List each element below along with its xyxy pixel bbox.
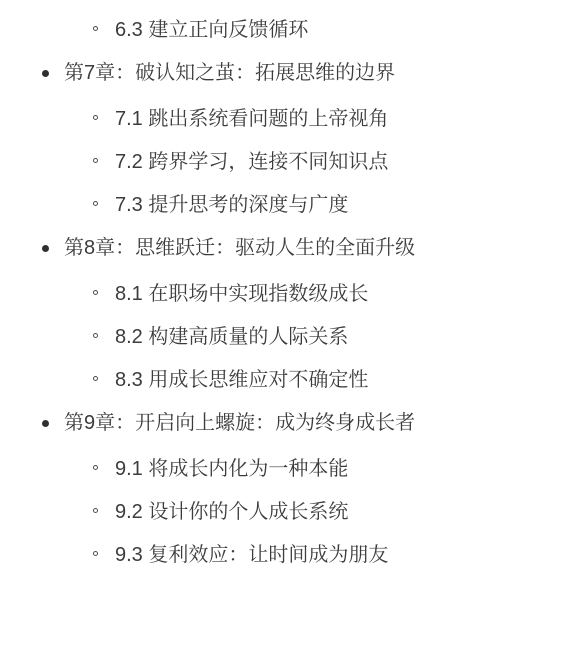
circle-bullet-icon	[93, 551, 98, 556]
disc-bullet-icon	[42, 245, 49, 252]
section-label: 7.1 跳出系统看问题的上帝视角	[115, 104, 388, 134]
chapter-label: 第9章：开启向上螺旋：成为终身成长者	[64, 408, 415, 438]
section-label: 7.2 跨界学习，连接不同知识点	[115, 147, 388, 177]
toc-section-item: 8.3 用成长思维应对不确定性	[0, 365, 569, 395]
toc-section-item: 9.1 将成长内化为一种本能	[0, 454, 569, 484]
circle-bullet-icon	[93, 115, 98, 120]
section-label: 8.1 在职场中实现指数级成长	[115, 279, 368, 309]
section-label: 9.1 将成长内化为一种本能	[115, 454, 348, 484]
chapter-label: 第7章：破认知之茧：拓展思维的边界	[64, 58, 395, 88]
circle-bullet-icon	[93, 465, 98, 470]
toc-section-item: 7.2 跨界学习，连接不同知识点	[0, 147, 569, 177]
disc-bullet-icon	[42, 420, 49, 427]
section-label: 7.3 提升思考的深度与广度	[115, 190, 348, 220]
document-outline: 6.3 建立正向反馈循环 第7章：破认知之茧：拓展思维的边界 7.1 跳出系统看…	[0, 15, 569, 570]
toc-chapter-item: 第7章：破认知之茧：拓展思维的边界	[0, 58, 569, 88]
toc-section-item: 9.2 设计你的个人成长系统	[0, 497, 569, 527]
section-label: 8.3 用成长思维应对不确定性	[115, 365, 368, 395]
circle-bullet-icon	[93, 376, 98, 381]
toc-section-item: 8.2 构建高质量的人际关系	[0, 322, 569, 352]
toc-section-item: 6.3 建立正向反馈循环	[0, 15, 569, 45]
toc-chapter-item: 第8章：思维跃迁：驱动人生的全面升级	[0, 233, 569, 263]
circle-bullet-icon	[93, 158, 98, 163]
toc-chapter-item: 第9章：开启向上螺旋：成为终身成长者	[0, 408, 569, 438]
section-label: 9.2 设计你的个人成长系统	[115, 497, 348, 527]
circle-bullet-icon	[93, 26, 98, 31]
section-label: 9.3 复利效应：让时间成为朋友	[115, 540, 388, 570]
circle-bullet-icon	[93, 201, 98, 206]
toc-section-item: 7.1 跳出系统看问题的上帝视角	[0, 104, 569, 134]
toc-section-item: 7.3 提升思考的深度与广度	[0, 190, 569, 220]
chapter-label: 第8章：思维跃迁：驱动人生的全面升级	[64, 233, 415, 263]
circle-bullet-icon	[93, 290, 98, 295]
section-label: 6.3 建立正向反馈循环	[115, 15, 308, 45]
circle-bullet-icon	[93, 508, 98, 513]
circle-bullet-icon	[93, 333, 98, 338]
toc-section-item: 8.1 在职场中实现指数级成长	[0, 279, 569, 309]
toc-section-item: 9.3 复利效应：让时间成为朋友	[0, 540, 569, 570]
document-page: 6.3 建立正向反馈循环 第7章：破认知之茧：拓展思维的边界 7.1 跳出系统看…	[0, 0, 569, 645]
section-label: 8.2 构建高质量的人际关系	[115, 322, 348, 352]
disc-bullet-icon	[42, 70, 49, 77]
